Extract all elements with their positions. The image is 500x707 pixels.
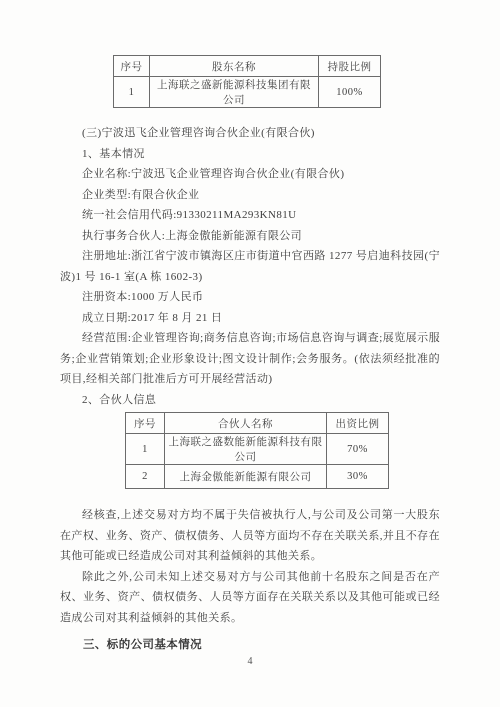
table-cell: 70%	[327, 434, 389, 465]
table-cell: 30%	[327, 465, 389, 489]
info-line-registered-address: 注册地址:浙江省宁波市镇海区庄市街道中官西路 1277 号启迪科技园(宁波)1 …	[60, 246, 440, 287]
table-header-row: 序号 合伙人名称 出资比例	[126, 413, 389, 434]
info-line-business-scope: 经营范围:企业管理咨询;商务信息咨询;市场信息咨询与调查;展览展示服务;企业营销…	[60, 328, 440, 390]
next-section-heading: 三、标的公司基本情况	[60, 635, 440, 656]
table-cell: 上海联之盛新能源科技集团有限公司	[150, 77, 319, 108]
disclaimer-paragraph: 除此之外,公司未知上述交易对方与公司其他前十名股东之间是否在产权、业务、资产、债…	[60, 567, 440, 629]
info-line-executive-partner: 执行事务合伙人:上海金傲能新能源有限公司	[60, 226, 440, 247]
table-cell: 100%	[319, 77, 381, 108]
verification-paragraph: 经核查,上述交易对方均不属于失信被执行人,与公司及公司第一大股东在产权、业务、资…	[60, 505, 440, 567]
info-line-registered-capital: 注册资本:1000 万人民币	[60, 287, 440, 308]
table-cell: 上海金傲能新能源有限公司	[165, 465, 327, 489]
table-header-cell: 合伙人名称	[165, 413, 327, 434]
table-cell: 2	[126, 465, 165, 489]
table-cell: 1	[114, 77, 150, 108]
info-line-company-type: 企业类型:有限合伙企业	[60, 185, 440, 206]
document-page: 序号 股东名称 持股比例 1 上海联之盛新能源科技集团有限公司 100% (三)…	[0, 0, 500, 707]
table-row: 2 上海金傲能新能源有限公司 30%	[126, 465, 389, 489]
info-line-credit-code: 统一社会信用代码:91330211MA293KN81U	[60, 205, 440, 226]
page-number: 4	[0, 656, 500, 667]
document-content: 序号 股东名称 持股比例 1 上海联之盛新能源科技集团有限公司 100% (三)…	[0, 55, 500, 656]
table-header-cell: 持股比例	[319, 56, 381, 77]
shareholder-table: 序号 股东名称 持股比例 1 上海联之盛新能源科技集团有限公司 100%	[113, 55, 381, 108]
info-line-company-name: 企业名称:宁波迅飞企业管理咨询合伙企业(有限合伙)	[60, 164, 440, 185]
table-row: 1 上海联之盛新能源科技集团有限公司 100%	[114, 77, 381, 108]
table-cell: 上海联之盛数能新能源科技有限公司	[165, 434, 327, 465]
table-header-row: 序号 股东名称 持股比例	[114, 56, 381, 77]
subsection-heading: 2、合伙人信息	[60, 390, 440, 411]
subsection-heading: 1、基本情况	[60, 144, 440, 165]
info-line-establish-date: 成立日期:2017 年 8 月 21 日	[60, 308, 440, 329]
section-heading: (三)宁波迅飞企业管理咨询合伙企业(有限合伙)	[60, 123, 440, 144]
table-row: 1 上海联之盛数能新能源科技有限公司 70%	[126, 434, 389, 465]
table-header-cell: 序号	[126, 413, 165, 434]
table-header-cell: 出资比例	[327, 413, 389, 434]
table-header-cell: 股东名称	[150, 56, 319, 77]
table-cell: 1	[126, 434, 165, 465]
table-header-cell: 序号	[114, 56, 150, 77]
partner-table: 序号 合伙人名称 出资比例 1 上海联之盛数能新能源科技有限公司 70% 2 上…	[125, 412, 389, 489]
